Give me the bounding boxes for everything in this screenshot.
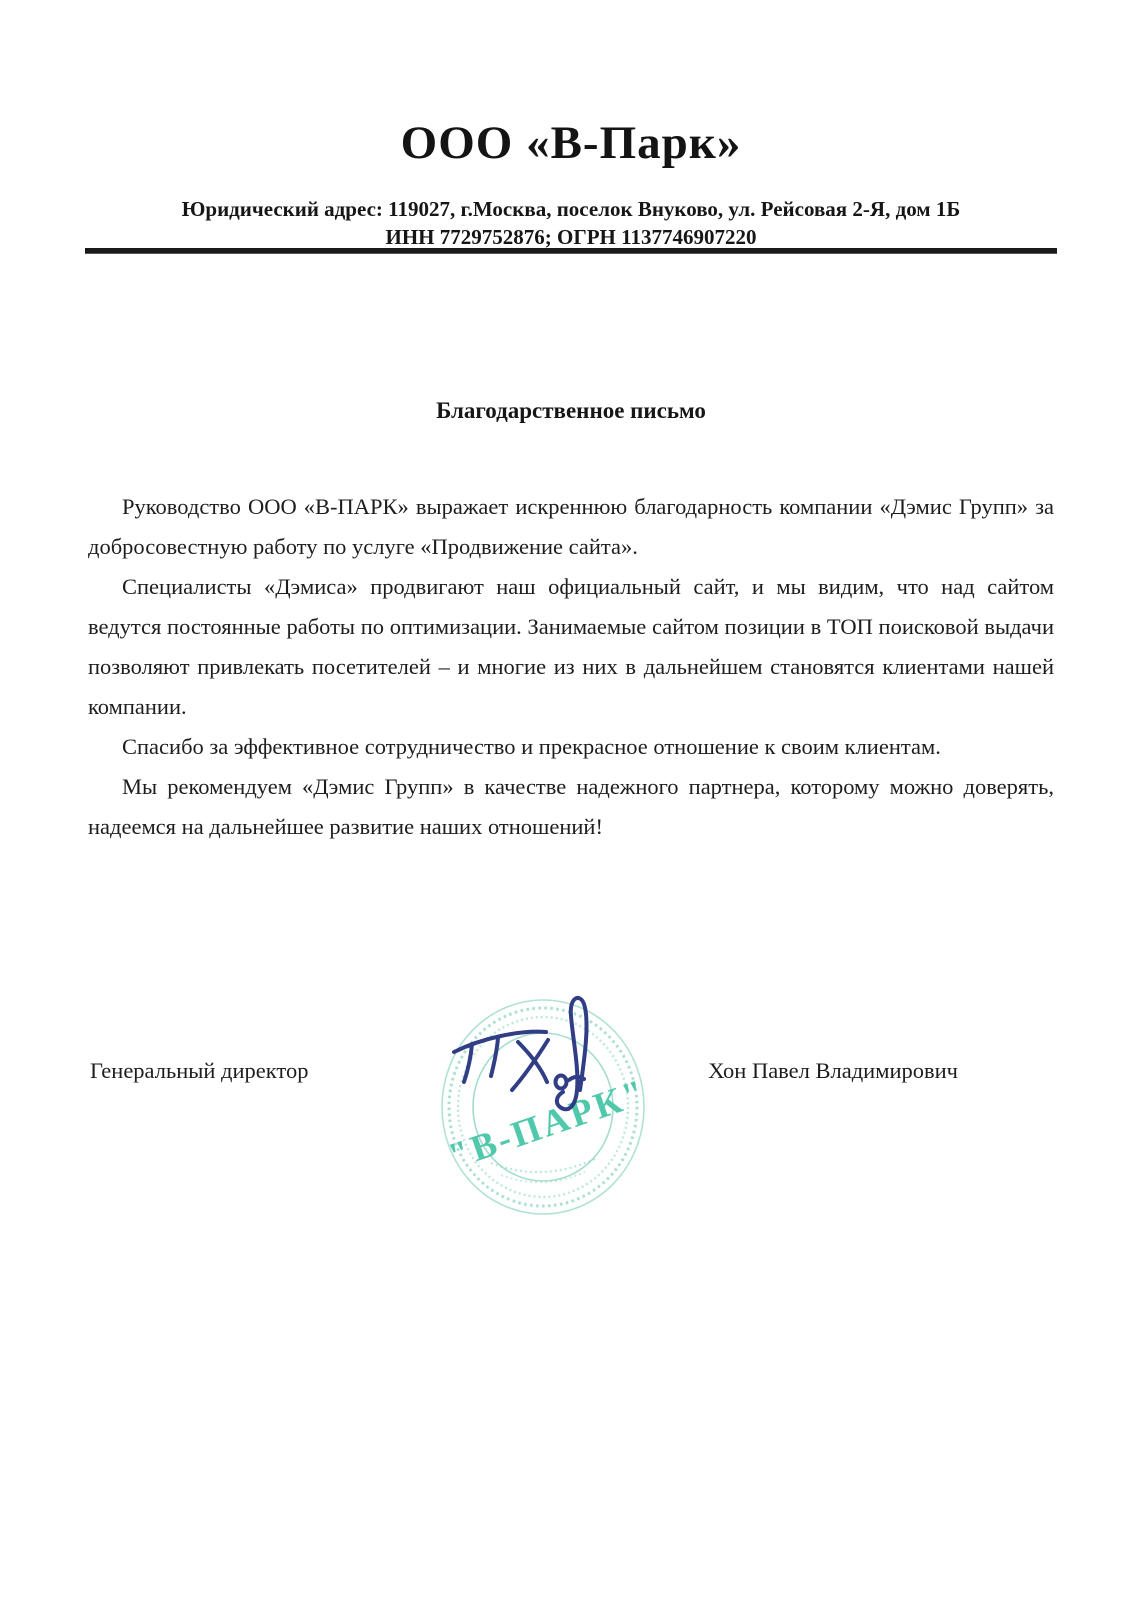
inn-ogrn-line: ИНН 7729752876; ОГРН 1137746907220 xyxy=(0,224,1142,250)
signer-name: Хон Павел Владимирович xyxy=(708,1058,958,1084)
legal-address-line: Юридический адрес: 119027, г.Москва, пос… xyxy=(0,196,1142,222)
signer-role: Генеральный директор xyxy=(90,1058,308,1084)
director-signature-ink xyxy=(442,988,612,1123)
letter-body: Руководство ООО «В-ПАРК» выражает искрен… xyxy=(88,487,1054,847)
header-divider xyxy=(85,248,1057,254)
letter-page: ООО «В-Парк» Юридический адрес: 119027, … xyxy=(0,0,1142,1600)
letter-paragraph: Мы рекомендуем «Дэмис Групп» в качестве … xyxy=(88,767,1054,847)
letter-title: Благодарственное письмо xyxy=(0,398,1142,424)
company-title: ООО «В-Парк» xyxy=(0,116,1142,170)
letter-paragraph: Специалисты «Дэмиса» продвигают наш офиц… xyxy=(88,567,1054,727)
letter-paragraph: Руководство ООО «В-ПАРК» выражает искрен… xyxy=(88,487,1054,567)
letter-paragraph: Спасибо за эффективное сотрудничество и … xyxy=(88,727,1054,767)
